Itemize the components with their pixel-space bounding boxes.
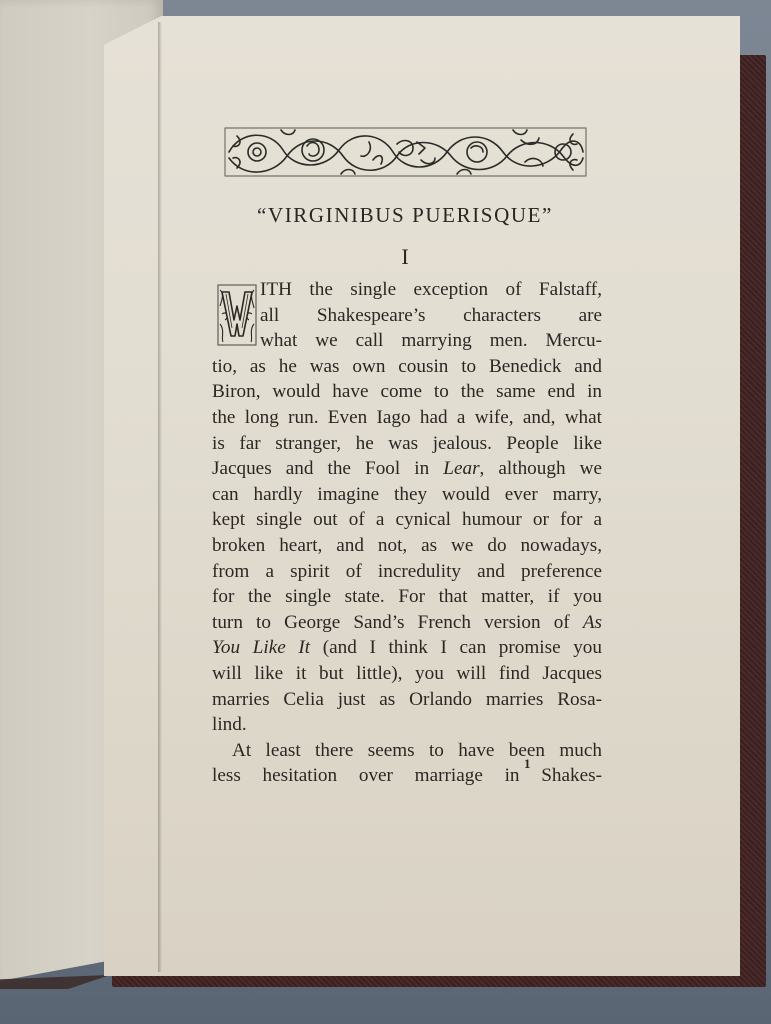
text-line-20: less hesitation over marriage in Shakes-	[212, 763, 602, 789]
text-line-16: will like it but little), you will find …	[212, 661, 602, 687]
text-segment: Jacques and the Fool in	[212, 458, 443, 479]
text-line-6: the long run. Even Iago had a wife, and,…	[212, 405, 602, 431]
text-line-4: tio, as he was own cousin to Benedick an…	[212, 354, 602, 380]
chapter-number: I	[200, 244, 610, 270]
text-line-5: Biron, would have come to the same end i…	[212, 379, 602, 405]
italic-title-you-like-it: You Like It	[212, 637, 310, 658]
italic-title-as: As	[583, 612, 602, 633]
text-line-17: marries Celia just as Orlando marries Ro…	[212, 687, 602, 713]
text-line-18: lind.	[212, 712, 602, 738]
text-segment: (and I think I can promise you	[310, 637, 602, 658]
body-text: ITH the single exception of Falstaff, al…	[212, 277, 602, 789]
italic-title-lear: Lear	[443, 458, 479, 479]
text-line-19: At least there seems to have been much	[212, 738, 602, 764]
ornamental-headpiece-icon	[221, 122, 590, 182]
text-line-11: broken heart, and not, as we do nowadays…	[212, 533, 602, 559]
signature-mark: 1	[524, 756, 531, 772]
text-line-15: You Like It (and I think I can promise y…	[212, 635, 602, 661]
text-line-12: from a spirit of incredulity and prefere…	[212, 559, 602, 585]
chapter-title: “VIRGINIBUS PUERISQUE”	[200, 203, 610, 228]
text-line-1: ITH the single exception of Falstaff,	[212, 277, 602, 303]
text-line-2: all Shakespeare’s characters are	[212, 303, 602, 329]
text-segment: turn to George Sand’s French version of	[212, 612, 583, 633]
page-gutter-shadow	[158, 22, 162, 972]
text-segment: , although we	[480, 458, 602, 479]
text-line-3: what we call marrying men. Mercu-	[212, 328, 602, 354]
text-line-14: turn to George Sand’s French version of …	[212, 610, 602, 636]
text-line-13: for the single state. For that matter, i…	[212, 584, 602, 610]
text-line-8: Jacques and the Fool in Lear, although w…	[212, 456, 602, 482]
text-line-7: is far stranger, he was jealous. People …	[212, 431, 602, 457]
text-line-10: kept single out of a cynical humour or f…	[212, 507, 602, 533]
book-photo: “VIRGINIBUS PUERISQUE” I ITH the single …	[0, 0, 771, 1024]
text-line-9: can hardly imagine they would ever marry…	[212, 482, 602, 508]
